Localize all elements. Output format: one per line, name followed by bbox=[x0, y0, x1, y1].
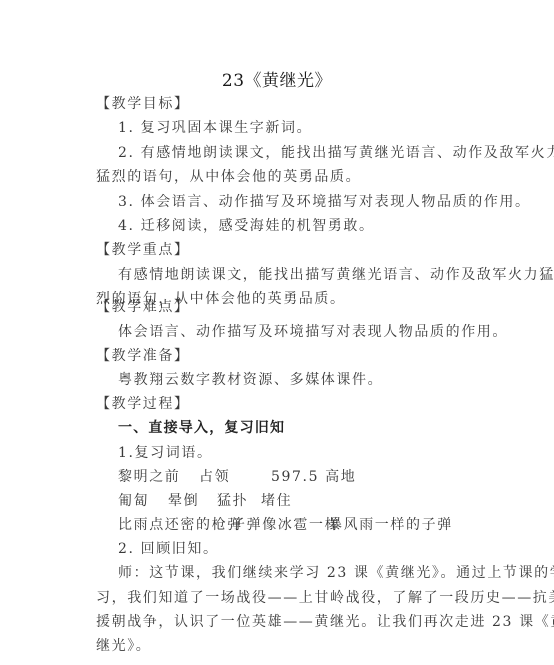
vocab-word: 晕倒 bbox=[168, 491, 217, 511]
goal-item-continued: 猛烈的语句，从中体会他的英勇品质。 bbox=[96, 167, 361, 187]
difficulties-text: 体会语言、动作描写及环境描写对表现人物品质的作用。 bbox=[118, 322, 508, 342]
goal-item: 4. 迁移阅读，感受海娃的机智勇敢。 bbox=[118, 216, 375, 236]
document-title: 23《黄继光》 bbox=[0, 66, 554, 91]
preparation-heading: 【教学准备】 bbox=[96, 346, 190, 366]
difficulties-heading: 【教学难点】 bbox=[96, 297, 190, 317]
vocab-row: 黎明之前占领597.5 高地 bbox=[118, 467, 356, 487]
vocab-word: 猛扑 bbox=[217, 491, 261, 511]
document-page: 23《黄继光》 【教学目标】 1. 复习巩固本课生字新词。 2. 有感情地朗读课… bbox=[0, 0, 554, 665]
vocab-word: 匍匐 bbox=[118, 491, 168, 511]
vocab-word: 暴风雨一样的子弹 bbox=[328, 515, 453, 535]
goals-heading: 【教学目标】 bbox=[96, 94, 190, 114]
teacher-paragraph-line: 师：这节课，我们继续来学习 23 课《黄继光》。通过上节课的学 bbox=[118, 563, 554, 583]
vocab-row: 比雨点还密的枪弹子弹像冰雹一样暴风雨一样的子弹 bbox=[118, 515, 453, 535]
vocab-word: 占领 bbox=[199, 467, 271, 487]
review-label: 2. 回顾旧知。 bbox=[118, 539, 219, 559]
vocab-row: 匍匐晕倒猛扑堵住 bbox=[118, 491, 292, 511]
key-points-heading: 【教学重点】 bbox=[96, 240, 190, 260]
review-words-label: 1.复习词语。 bbox=[118, 443, 213, 463]
teacher-paragraph-line: 援朝战争，认识了一位英雄——黄继光。让我们再次走进 23 课《黄 bbox=[96, 612, 554, 632]
goal-item: 2. 有感情地朗读课文，能找出描写黄继光语言、动作及敌军火力 bbox=[118, 143, 554, 163]
vocab-word: 597.5 高地 bbox=[271, 467, 356, 487]
goal-item: 3. 体会语言、动作描写及环境描写对表现人物品质的作用。 bbox=[118, 192, 531, 212]
vocab-word: 子弹像冰雹一样 bbox=[231, 515, 328, 535]
process-heading: 【教学过程】 bbox=[96, 394, 190, 414]
vocab-word: 比雨点还密的枪弹 bbox=[118, 515, 231, 535]
teacher-paragraph-line: 习，我们知道了一场战役——上甘岭战役，了解了一段历史——抗美 bbox=[96, 588, 554, 608]
part1-heading: 一、直接导入，复习旧知 bbox=[118, 418, 285, 438]
key-points-text: 有感情地朗读课文，能找出描写黄继光语言、动作及敌军火力猛 bbox=[118, 265, 554, 285]
teacher-paragraph-line: 继光》。 bbox=[96, 636, 151, 656]
goal-item: 1. 复习巩固本课生字新词。 bbox=[118, 118, 312, 138]
vocab-word: 黎明之前 bbox=[118, 467, 199, 487]
preparation-text: 粤教翔云数字教材资源、多媒体课件。 bbox=[118, 370, 383, 390]
vocab-word: 堵住 bbox=[261, 491, 292, 511]
